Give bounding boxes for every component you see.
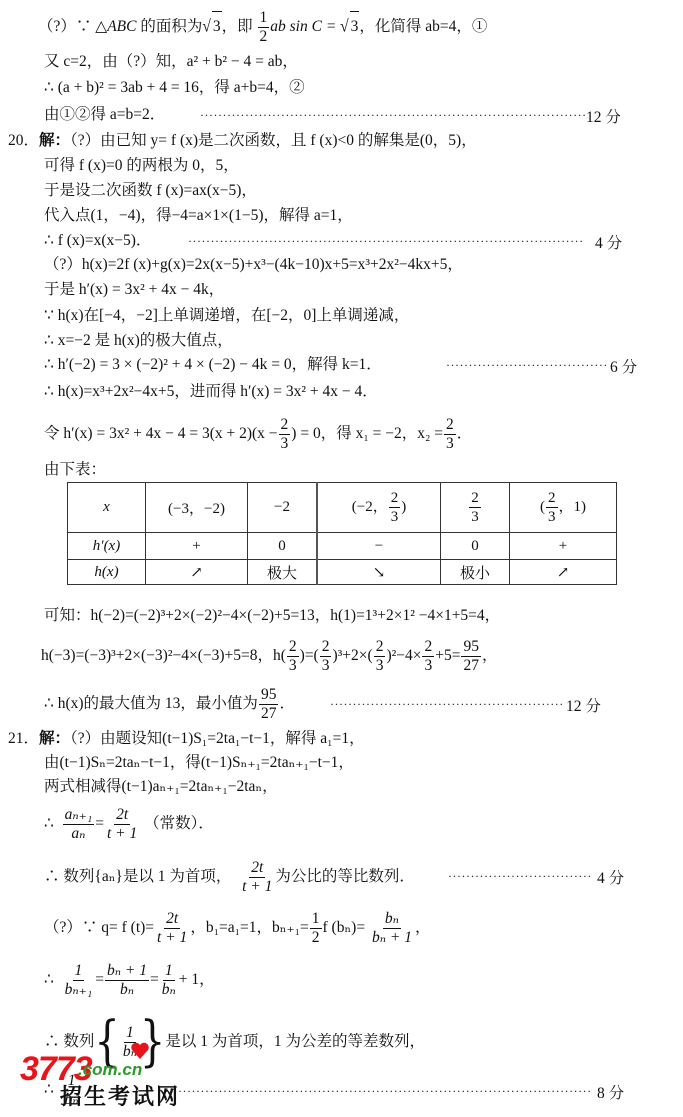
- text: h(−3)=(−3)³+2×(−3)²−4×(−3)+5=8，h(: [41, 647, 286, 664]
- table-header-cell: (23，1): [510, 483, 617, 533]
- text: ，即: [222, 18, 253, 35]
- table-row: h(x) ↗ 极大 ↘ 极小 ↗: [68, 560, 617, 585]
- denominator: 2: [258, 28, 270, 46]
- text: ，: [415, 919, 431, 936]
- text: ∴ 数列: [44, 1033, 94, 1050]
- fraction: 9527: [259, 686, 279, 723]
- denominator: t + 1: [105, 825, 139, 843]
- denominator: bₙ: [160, 981, 178, 999]
- table-cell: 0: [441, 533, 510, 560]
- heart-icon: [130, 1042, 150, 1060]
- denominator: bₙ: [118, 981, 136, 999]
- numerator: 1: [73, 962, 85, 981]
- q20-line-16: ∴ h(x)的最大值为 13，最小值为9527．: [44, 684, 295, 724]
- text: ，b₁=a₁=1，bₙ₊₁=: [190, 919, 308, 936]
- sign-table: x (−3，−2) −2 (−2，23) 23 (23，1) h′(x) + 0…: [67, 482, 617, 585]
- numerator: 1: [258, 9, 270, 28]
- numerator: 1: [163, 962, 175, 981]
- question-number: 21．: [8, 730, 39, 747]
- table-cell: 极大: [248, 560, 318, 585]
- q21-line-2: 由(t−1)Sₙ=2taₙ−t−1，得(t−1)Sₙ₊₁=2taₙ₊₁−t−1，: [44, 753, 354, 773]
- therefore-symbol: ∴: [44, 815, 54, 832]
- q20-line-7: 于是 h′(x) = 3x² + 4x − 4k，: [44, 280, 224, 300]
- text: ) = 0，得 x₁ = −2，x₂ =: [291, 425, 443, 442]
- score-leader-dots: ········································…: [330, 697, 565, 712]
- q20-line-3: 于是设二次函数 f (x)=ax(x−5)，: [44, 181, 257, 201]
- score-label: 6 分: [610, 355, 637, 377]
- fraction: 23: [469, 489, 481, 526]
- text: ∴ 数列{aₙ}是以 1 为首项，: [44, 868, 231, 885]
- denominator: 3: [287, 657, 299, 675]
- fraction: 1bₙ: [160, 962, 178, 999]
- denominator: 3: [279, 435, 291, 453]
- table-cell: ↗: [510, 560, 617, 585]
- denominator: 3: [444, 435, 456, 453]
- q20-line-1: 20．解：（?）由已知 y= f (x)是二次函数，且 f (x)<0 的解集是…: [8, 131, 477, 151]
- denominator: 3: [546, 508, 558, 526]
- fraction: 23: [320, 638, 332, 675]
- fraction: 23: [444, 416, 456, 453]
- table-cell: 0: [248, 533, 318, 560]
- numerator: 95: [461, 638, 481, 657]
- score-label: 4 分: [597, 866, 624, 888]
- numerator: 1: [310, 910, 322, 929]
- numerator: 2: [374, 638, 386, 657]
- q20-line-14: 可知：h(−2)=(−2)³+2×(−2)²−4×(−2)+5=13，h(1)=…: [44, 606, 500, 626]
- text: （?）∵ △: [38, 18, 107, 35]
- text: )²−4×: [386, 647, 421, 664]
- denominator: 3: [320, 657, 332, 675]
- denominator: 3: [374, 657, 386, 675]
- q20-line-13: 由下表：: [44, 460, 106, 480]
- watermark-logo: 3773 .com.cn 招生考试网: [20, 1050, 190, 1117]
- text: f (bₙ)=: [323, 919, 366, 936]
- text: 的面积为: [136, 18, 202, 35]
- q21-line-6: （?）∵ q= f (t)=2tt + 1，b₁=a₁=1，bₙ₊₁=12f (…: [44, 906, 430, 950]
- score-leader-dots: ····································: [448, 869, 593, 884]
- cell-text: −2: [274, 499, 290, 515]
- question-number: 20．: [8, 132, 39, 149]
- q20-line-9: ∴ x=−2 是 h(x)的极大值点，: [44, 331, 233, 351]
- q19-line-4: 由①②得 a=b=2．: [44, 105, 165, 125]
- numerator: 2: [469, 489, 481, 508]
- text: 是以 1 为首项，1 为公差的等差数列，: [165, 1033, 425, 1050]
- score-label: 12 分: [566, 694, 601, 716]
- table-cell: h′(x): [68, 533, 146, 560]
- text: =: [95, 815, 104, 832]
- q20-line-4: 代入点(1，−4)，得−4=a×1×(1−5)，解得 a=1，: [44, 206, 353, 226]
- q20-line-5: ∴ f (x)=x(x−5)．: [44, 231, 151, 251]
- score-label: 12 分: [586, 105, 621, 127]
- sqrt-value: 3: [212, 11, 222, 42]
- text: ．: [279, 695, 295, 712]
- text: 为公比的等比数列．: [275, 868, 415, 885]
- text: （?）由题设知(t−1)S₁=2ta₁−t−1，解得 a₁=1，: [70, 730, 365, 747]
- q21-line-7: ∴ 1bₙ₊₁=bₙ + 1bₙ=1bₙ+ 1，: [44, 958, 215, 1002]
- score-leader-dots: ········································…: [200, 108, 585, 123]
- denominator: 27: [461, 657, 481, 675]
- q20-line-10: ∴ h′(−2) = 3 × (−2)² + 4 × (−2) − 4k = 0…: [44, 355, 382, 375]
- denominator: 3: [389, 508, 401, 526]
- q21-line-5: ∴ 数列{aₙ}是以 1 为首项， 2tt + 1为公比的等比数列．: [44, 855, 415, 899]
- numerator: 2: [320, 638, 332, 657]
- q20-line-6: （?）h(x)=2f (x)+g(x)=2x(x−5)+x³−(4k−10)x+…: [44, 255, 463, 275]
- fraction: 2tt + 1: [105, 806, 139, 843]
- denominator: bₙ₊₁: [63, 981, 95, 999]
- sqrt-value: 3: [350, 11, 360, 42]
- table-cell: +: [510, 533, 617, 560]
- watermark-site-name: 招生考试网: [60, 1080, 180, 1111]
- text: ，: [482, 647, 498, 664]
- fraction: 23: [374, 638, 386, 675]
- table-header-cell: 23: [441, 483, 510, 533]
- fraction: 23: [287, 638, 299, 675]
- q20-line-8: ∵ h(x)在[−4，−2]上单调递增，在[−2，0]上单调递减，: [44, 306, 409, 326]
- solution-label: 解：: [39, 730, 70, 747]
- sqrt-icon: √: [340, 11, 349, 44]
- text: 令 h′(x) = 3x² + 4x − 4 = 3(x + 2)(x −: [44, 425, 278, 442]
- table-header-cell: −2: [248, 483, 318, 533]
- numerator: bₙ + 1: [105, 962, 149, 981]
- table-header-cell: x: [68, 483, 146, 533]
- numerator: 2: [389, 489, 401, 508]
- fraction: 23: [279, 416, 291, 453]
- text: + 1，: [179, 971, 215, 988]
- numerator: 2t: [114, 806, 130, 825]
- table-cell: −: [317, 533, 441, 560]
- fraction-half: 12: [258, 9, 270, 46]
- watermark-domain: .com.cn: [78, 1060, 142, 1080]
- table-cell: 极小: [441, 560, 510, 585]
- fraction: bₙ + 1bₙ: [105, 962, 149, 999]
- q20-line-11: ∴ h(x)=x³+2x²−4x+5，进而得 h′(x) = 3x² + 4x …: [44, 382, 378, 402]
- q20-line-2: 可得 f (x)=0 的两根为 0，5，: [44, 156, 239, 176]
- fraction: 23: [389, 489, 401, 526]
- solution-label: 解：: [39, 132, 70, 149]
- score-leader-dots: ········································…: [160, 1084, 593, 1099]
- denominator: t + 1: [240, 878, 274, 896]
- fraction: 1bₙ₊₁: [63, 962, 95, 999]
- denominator: 27: [259, 705, 279, 723]
- cell-text: x: [103, 499, 110, 515]
- numerator: aₙ₊₁: [63, 806, 95, 825]
- fraction: 9527: [461, 638, 481, 675]
- denominator: t + 1: [155, 929, 189, 947]
- numerator: 1: [124, 1024, 136, 1043]
- q19-line-2: 又 c=2，由（?）知，a² + b² − 4 = ab，: [44, 52, 298, 72]
- sqrt-icon: √: [202, 11, 211, 44]
- table-header-cell: (−3，−2): [146, 483, 248, 533]
- score-label: 4 分: [595, 231, 622, 253]
- table-cell: +: [146, 533, 248, 560]
- table-cell: ↘: [317, 560, 441, 585]
- q20-line-12: 令 h′(x) = 3x² + 4x − 4 = 3(x + 2)(x −23)…: [44, 414, 472, 454]
- numerator: 2t: [164, 910, 180, 929]
- denominator: 2: [310, 929, 322, 947]
- table-row: h′(x) + 0 − 0 +: [68, 533, 617, 560]
- q21-line-1: 21．解：（?）由题设知(t−1)S₁=2ta₁−t−1，解得 a₁=1，: [8, 729, 365, 749]
- table-header-row: x (−3，−2) −2 (−2，23) 23 (23，1): [68, 483, 617, 533]
- q20-line-15: h(−3)=(−3)³+2×(−3)²−4×(−3)+5=8，h(23)=(23…: [41, 634, 497, 678]
- fraction: 2tt + 1: [240, 859, 274, 896]
- numerator: 2: [422, 638, 434, 657]
- numerator: 95: [259, 686, 279, 705]
- numerator: bₙ: [383, 910, 401, 929]
- numerator: 2: [444, 416, 456, 435]
- denominator: 3: [469, 508, 481, 526]
- score-leader-dots: ········································…: [188, 234, 585, 249]
- text: ．: [457, 425, 473, 442]
- denominator: 3: [422, 657, 434, 675]
- cell-text: h(x): [94, 564, 118, 580]
- q19-line-3: ∴ (a + b)² = 3ab + 4 = 16，得 a+b=4，②: [44, 78, 305, 98]
- fraction: 12: [310, 910, 322, 947]
- text: )=(: [300, 647, 319, 664]
- fraction: 2tt + 1: [155, 910, 189, 947]
- text: （常数）．: [144, 815, 214, 832]
- fraction: bₙbₙ + 1: [370, 910, 414, 947]
- q21-line-3: 两式相减得(t−1)aₙ₊₁=2taₙ₊₁−2taₙ，: [44, 777, 278, 797]
- table-header-cell: (−2，23): [317, 483, 441, 533]
- fraction: 23: [546, 489, 558, 526]
- math-expr: ab sin C =: [270, 18, 340, 35]
- text: +5=: [435, 647, 460, 664]
- text: （?）∵ q= f (t)=: [44, 919, 154, 936]
- numerator: 2: [546, 489, 558, 508]
- numerator: 2t: [249, 859, 265, 878]
- math-var: ABC: [107, 18, 136, 35]
- numerator: 2: [287, 638, 299, 657]
- numerator: 2: [279, 416, 291, 435]
- table-cell: ↗: [146, 560, 248, 585]
- therefore-symbol: ∴: [44, 971, 54, 988]
- fraction: aₙ₊₁aₙ: [63, 806, 95, 843]
- text: )³+2×(: [332, 647, 372, 664]
- table-cell: h(x): [68, 560, 146, 585]
- cell-text: (−3，−2): [168, 501, 225, 517]
- text: ∴ h(x)的最大值为 13，最小值为: [44, 695, 258, 712]
- q21-line-4: ∴ aₙ₊₁aₙ=2tt + 1 （常数）．: [44, 802, 214, 846]
- score-leader-dots: ·······································: [446, 358, 606, 373]
- q19-line-1: （?）∵ △ABC 的面积为√3，即 12ab sin C = √3，化简得 a…: [38, 9, 487, 46]
- text: ，化简得 ab=4，①: [359, 18, 487, 35]
- denominator: aₙ: [69, 825, 87, 843]
- score-label: 8 分: [597, 1081, 624, 1103]
- text: （?）由已知 y= f (x)是二次函数，且 f (x)<0 的解集是(0，5)…: [70, 132, 477, 149]
- cell-text: h′(x): [93, 538, 120, 554]
- fraction: 23: [422, 638, 434, 675]
- denominator: bₙ + 1: [370, 929, 414, 947]
